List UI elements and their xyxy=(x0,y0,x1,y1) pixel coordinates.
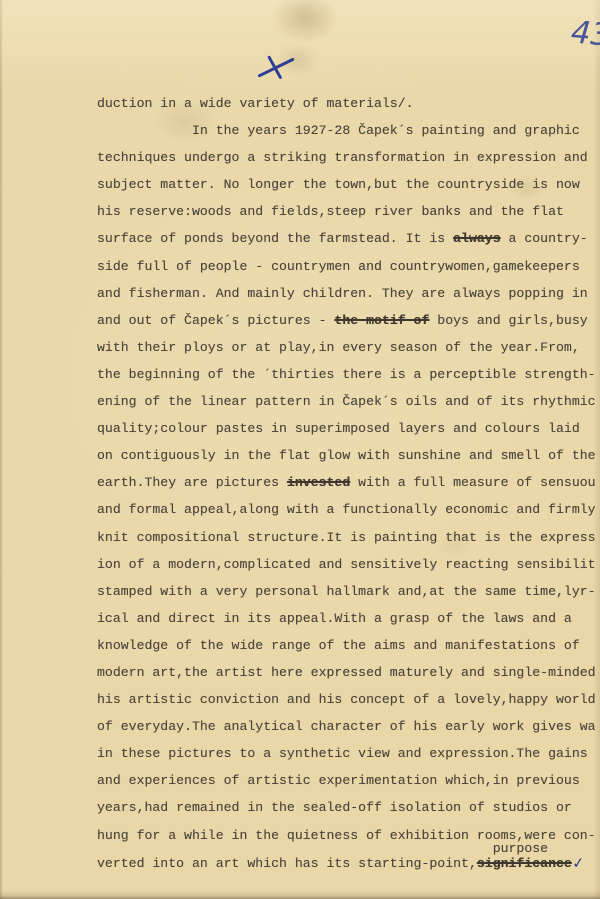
struck-out-word: invested xyxy=(287,475,350,490)
typescript-segment: and experiences of artistic experimentat… xyxy=(97,773,580,788)
typescript-segment: duction in a wide variety of materials/. xyxy=(97,96,414,111)
typescript-line: of everyday.The analytical character of … xyxy=(97,713,600,740)
typescript-line: and fisherman. And mainly children. They… xyxy=(97,280,600,307)
typescript-segment: techniques undergo a striking transforma… xyxy=(97,150,588,165)
typescript-line: knowledge of the wide range of the aims … xyxy=(97,632,600,659)
typescript-line: knit compositional structure.It is paint… xyxy=(97,524,600,551)
typescript-line: surface of ponds beyond the farmstead. I… xyxy=(97,225,600,252)
typescript-segment: ical and direct in its appeal.With a gra… xyxy=(97,611,572,626)
handwritten-x-mark xyxy=(257,50,294,83)
typescript-segment: subject matter. No longer the town,but t… xyxy=(97,177,580,192)
typescript-segment: his artistic conviction and his concept … xyxy=(97,692,596,707)
typescript-segment: with their ploys or at play,in every sea… xyxy=(97,340,580,355)
handwritten-page-number: 43 xyxy=(570,14,600,53)
typescript-segment: side full of people - countrymen and cou… xyxy=(97,259,580,274)
typescript-line: and out of Čapek´s pictures - the motif … xyxy=(97,307,600,334)
typescript-segment: quality;colour pastes in superimposed la… xyxy=(97,421,580,436)
typescript-line: subject matter. No longer the town,but t… xyxy=(97,171,600,198)
typescript-segment: knit compositional structure.It is paint… xyxy=(97,530,596,545)
typescript-line: and experiences of artistic experimentat… xyxy=(97,767,600,794)
typescript-line: his artistic conviction and his concept … xyxy=(97,686,600,713)
typescript-line: In the years 1927-28 Čapek´s painting an… xyxy=(97,117,600,144)
typescript-line: earth.They are pictures invested with a … xyxy=(97,469,600,496)
typescript-segment: stamped with a very personal hallmark an… xyxy=(97,584,596,599)
typescript-segment: and formal appeal,along with a functiona… xyxy=(97,502,596,517)
typescript-line: side full of people - countrymen and cou… xyxy=(97,253,600,280)
typescript-line: and formal appeal,along with a functiona… xyxy=(97,496,600,523)
typescript-line: with their ploys or at play,in every sea… xyxy=(97,334,600,361)
struck-out-word: always xyxy=(453,231,500,246)
typescript-line: in these pictures to a synthetic view an… xyxy=(97,740,600,767)
typescript-segment: and out of Čapek´s pictures - xyxy=(97,313,334,328)
typescript-segment: and fisherman. And mainly children. They… xyxy=(97,286,588,301)
typescript-segment: the beginning of the ´thirties there is … xyxy=(97,367,596,382)
typescript-line: techniques undergo a striking transforma… xyxy=(97,144,600,171)
typescript-segment: knowledge of the wide range of the aims … xyxy=(97,638,580,653)
typescript-line: modern art,the artist here expressed mat… xyxy=(97,659,600,686)
typescript-line: quality;colour pastes in superimposed la… xyxy=(97,415,600,442)
typescript-line: years,had remained in the sealed-off iso… xyxy=(97,794,600,821)
typescript-text-block: duction in a wide variety of materials/.… xyxy=(97,90,600,876)
typescript-segment: surface of ponds beyond the farmstead. I… xyxy=(97,231,453,246)
typescript-line: ical and direct in its appeal.With a gra… xyxy=(97,605,600,632)
typescript-segment: years,had remained in the sealed-off iso… xyxy=(97,800,572,815)
interline-correction-word: purpose xyxy=(493,835,548,862)
typescript-line: duction in a wide variety of materials/. xyxy=(97,90,600,117)
document-page: 43 duction in a wide variety of material… xyxy=(0,0,600,899)
struck-out-word: the motif of xyxy=(334,313,429,328)
typescript-segment: In the years 1927-28 Čapek´s painting an… xyxy=(97,123,580,138)
typescript-segment: earth.They are pictures xyxy=(97,475,287,490)
typescript-segment: modern art,the artist here expressed mat… xyxy=(97,665,596,680)
typescript-segment: ening of the linear pattern in Čapek´s o… xyxy=(97,394,596,409)
typescript-segment: in these pictures to a synthetic view an… xyxy=(97,746,588,761)
typescript-segment: a country- xyxy=(501,231,588,246)
typescript-segment: on contiguously in the flat glow with su… xyxy=(97,448,596,463)
typescript-line: his reserve:woods and fields,steep river… xyxy=(97,198,600,225)
typescript-segment: boys and girls,busy xyxy=(429,313,587,328)
typescript-line: stamped with a very personal hallmark an… xyxy=(97,578,600,605)
typescript-segment: his reserve:woods and fields,steep river… xyxy=(97,204,564,219)
pen-tick-mark: ✓ xyxy=(571,849,586,877)
typescript-line: ening of the linear pattern in Čapek´s o… xyxy=(97,388,600,415)
typescript-line: on contiguously in the flat glow with su… xyxy=(97,442,600,469)
typescript-line: the beginning of the ´thirties there is … xyxy=(97,361,600,388)
typescript-segment: verted into an art which has its startin… xyxy=(97,856,477,871)
typescript-segment: of everyday.The analytical character of … xyxy=(97,719,596,734)
typescript-segment: ion of a modern,complicated and sensitiv… xyxy=(97,557,596,572)
typescript-line: ion of a modern,complicated and sensitiv… xyxy=(97,551,600,578)
typescript-segment: with a full measure of sensuou xyxy=(350,475,595,490)
typescript-line: verted into an art which has its startin… xyxy=(97,849,600,876)
x-mark-stroke xyxy=(268,55,283,79)
